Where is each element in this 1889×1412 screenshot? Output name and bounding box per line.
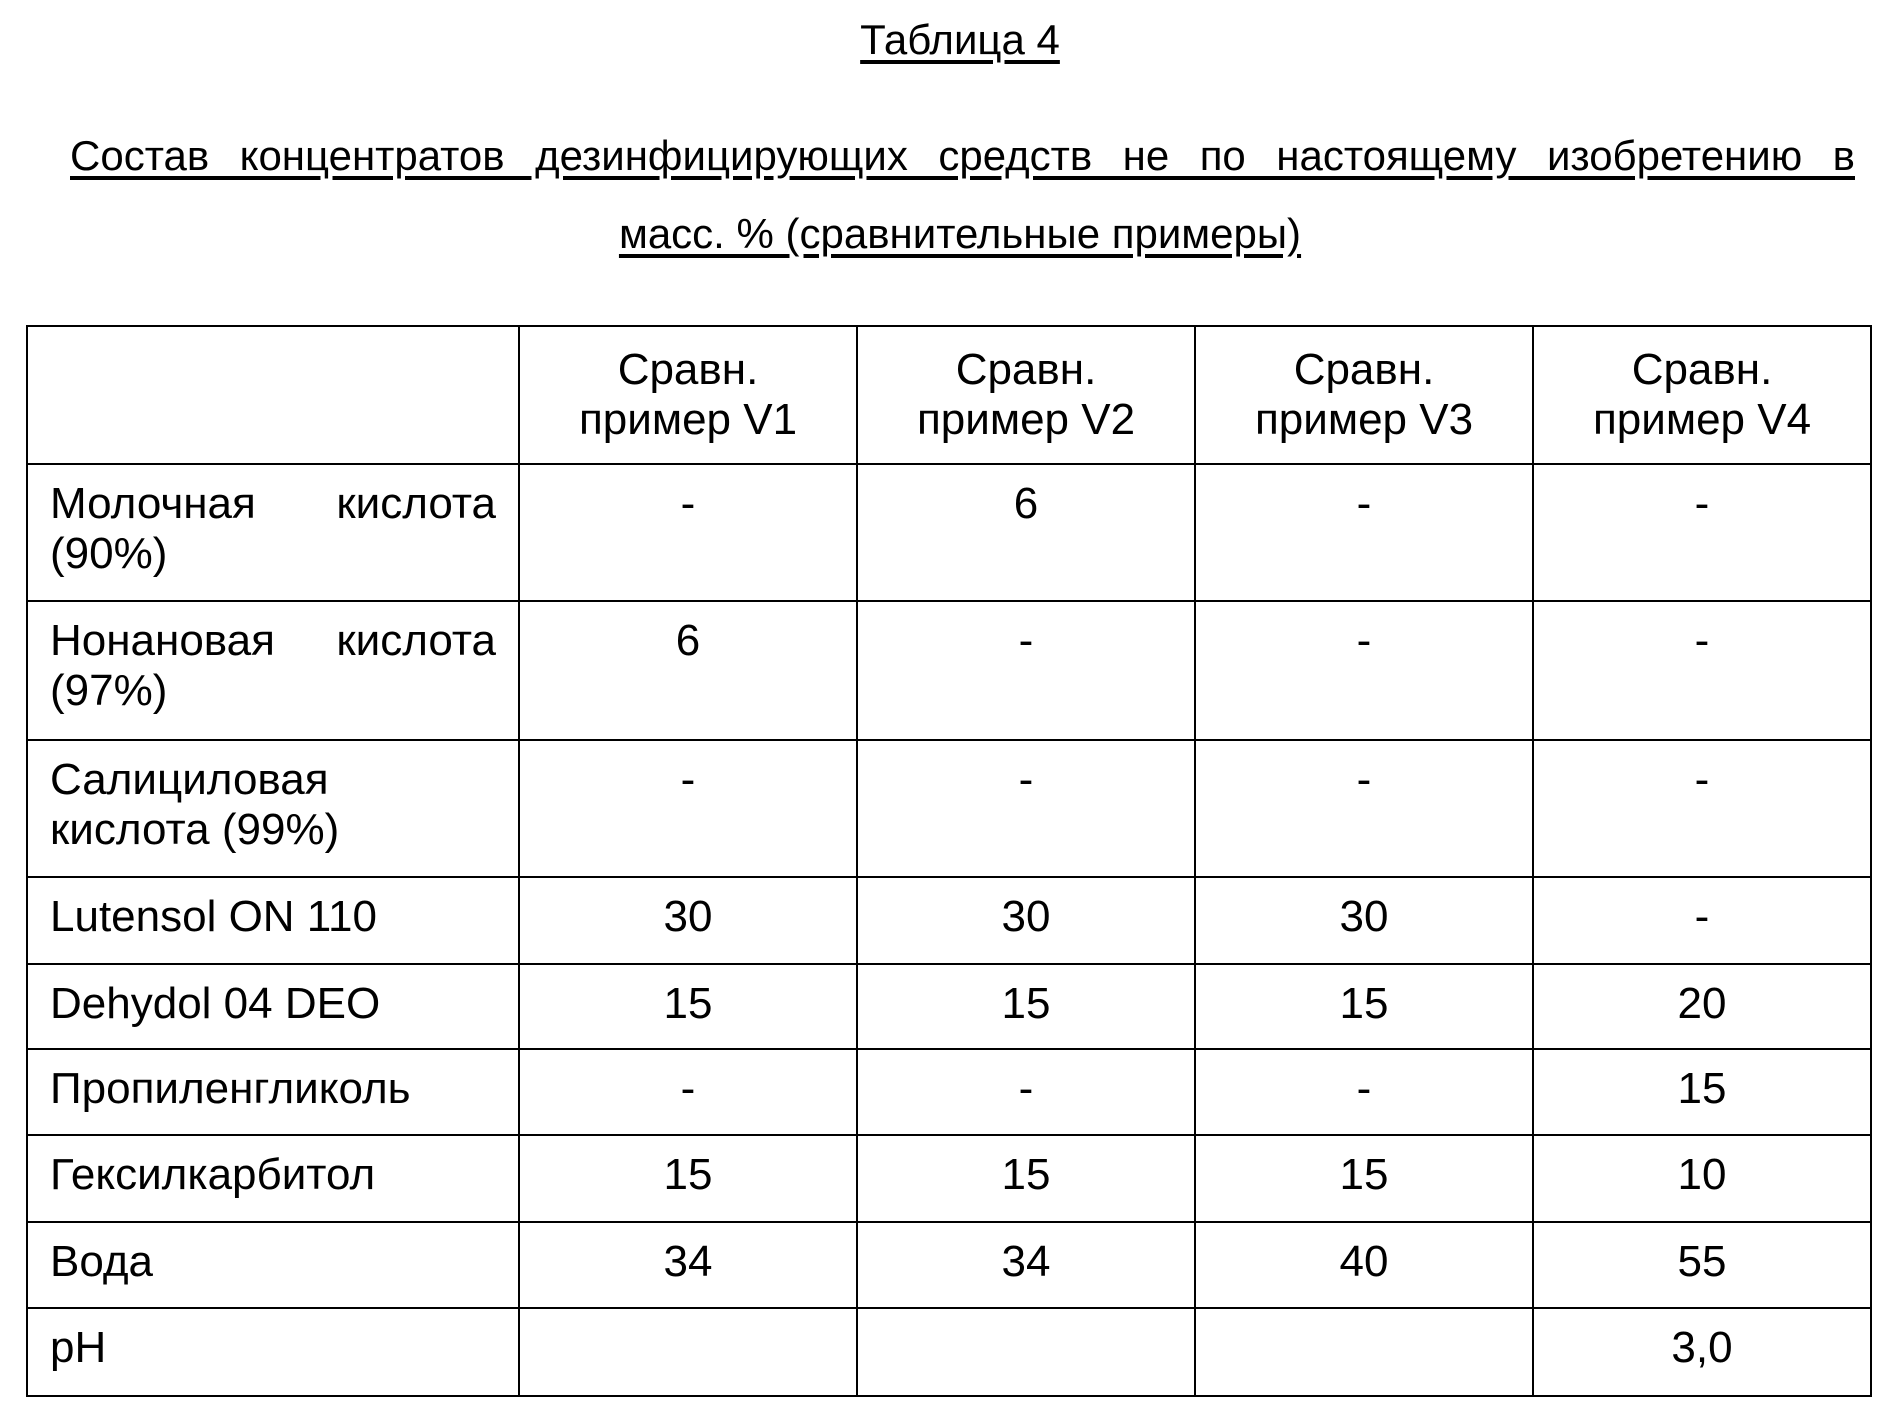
row-label: Гексилкарбитол xyxy=(27,1135,519,1222)
value-cell: 10 xyxy=(1533,1135,1871,1222)
value-cell: - xyxy=(1533,601,1871,740)
value-cell: 40 xyxy=(1195,1222,1533,1308)
value-cell: 15 xyxy=(1195,964,1533,1049)
table-row: pH3,0 xyxy=(27,1308,1871,1396)
row-label: Пропиленгликоль xyxy=(27,1049,519,1135)
value-cell: - xyxy=(857,740,1195,877)
row-label: Вода xyxy=(27,1222,519,1308)
value-cell: 6 xyxy=(857,464,1195,601)
row-label: Молочная кислота (90%) xyxy=(27,464,519,601)
value-cell: - xyxy=(519,464,857,601)
value-cell xyxy=(519,1308,857,1396)
table-row: Салициловая кислота (99%)---- xyxy=(27,740,1871,877)
value-cell: 15 xyxy=(519,964,857,1049)
header-cell: Сравн.пример V3 xyxy=(1195,326,1533,464)
value-cell: 30 xyxy=(857,877,1195,964)
table-label: Таблица 4 xyxy=(0,16,1889,64)
composition-table: Сравн.пример V1 Сравн.пример V2 Сравн.пр… xyxy=(26,325,1872,1397)
header-cell: Сравн.пример V2 xyxy=(857,326,1195,464)
table-row: Гексилкарбитол15151510 xyxy=(27,1135,1871,1222)
table-row: Молочная кислота (90%)-6-- xyxy=(27,464,1871,601)
value-cell: 30 xyxy=(1195,877,1533,964)
value-cell: 3,0 xyxy=(1533,1308,1871,1396)
value-cell: - xyxy=(1533,464,1871,601)
value-cell xyxy=(857,1308,1195,1396)
value-cell: 55 xyxy=(1533,1222,1871,1308)
table-caption-line1: Состав концентратов дезинфицирующих сред… xyxy=(70,132,1855,180)
value-cell: 15 xyxy=(857,964,1195,1049)
value-cell: - xyxy=(1533,877,1871,964)
value-cell: 34 xyxy=(519,1222,857,1308)
table-row: Вода34344055 xyxy=(27,1222,1871,1308)
value-cell: - xyxy=(857,1049,1195,1135)
table-row: Нонановая кислота (97%)6--- xyxy=(27,601,1871,740)
value-cell: 15 xyxy=(857,1135,1195,1222)
value-cell: 30 xyxy=(519,877,857,964)
row-label: Салициловая кислота (99%) xyxy=(27,740,519,877)
value-cell: - xyxy=(857,601,1195,740)
value-cell: 15 xyxy=(519,1135,857,1222)
value-cell: - xyxy=(1533,740,1871,877)
value-cell: - xyxy=(519,740,857,877)
header-cell xyxy=(27,326,519,464)
table-row: Lutensol ON 110303030- xyxy=(27,877,1871,964)
value-cell: - xyxy=(1195,464,1533,601)
value-cell: - xyxy=(1195,601,1533,740)
row-label: Lutensol ON 110 xyxy=(27,877,519,964)
value-cell: - xyxy=(1195,740,1533,877)
table-row: Пропиленгликоль---15 xyxy=(27,1049,1871,1135)
value-cell: - xyxy=(1195,1049,1533,1135)
table-caption-line2: масс. % (сравнительные примеры) xyxy=(0,210,1889,258)
value-cell: - xyxy=(519,1049,857,1135)
value-cell: 20 xyxy=(1533,964,1871,1049)
value-cell: 15 xyxy=(1533,1049,1871,1135)
header-row: Сравн.пример V1 Сравн.пример V2 Сравн.пр… xyxy=(27,326,1871,464)
value-cell: 15 xyxy=(1195,1135,1533,1222)
value-cell: 34 xyxy=(857,1222,1195,1308)
header-cell: Сравн.пример V1 xyxy=(519,326,857,464)
row-label: Dehydol 04 DEO xyxy=(27,964,519,1049)
row-label: pH xyxy=(27,1308,519,1396)
header-cell: Сравн.пример V4 xyxy=(1533,326,1871,464)
value-cell xyxy=(1195,1308,1533,1396)
value-cell: 6 xyxy=(519,601,857,740)
table-row: Dehydol 04 DEO15151520 xyxy=(27,964,1871,1049)
row-label: Нонановая кислота (97%) xyxy=(27,601,519,740)
